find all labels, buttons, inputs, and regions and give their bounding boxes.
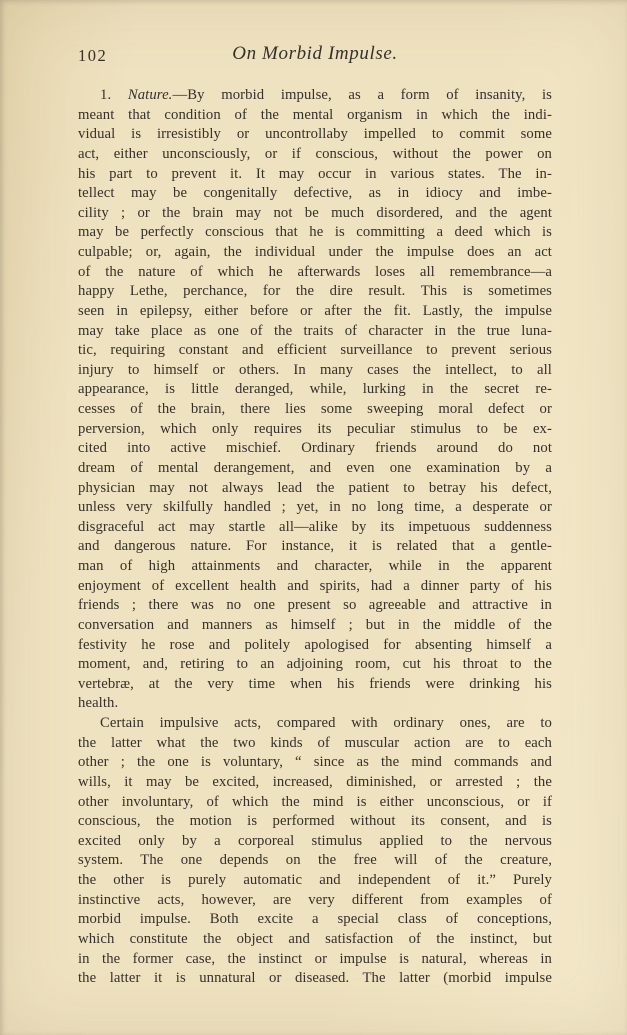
text-line: cesses of the brain, there lies some swe… <box>78 400 552 420</box>
text-run: —By morbid impulse, as a form of insanit… <box>172 87 552 103</box>
text-line: happy Lethe, perchance, for the dire res… <box>78 282 552 302</box>
text-line: enjoyment of excellent health and spirit… <box>78 577 552 597</box>
section-title-italic: Nature. <box>128 87 173 103</box>
text-line: dream of mental derangement, and even on… <box>78 459 552 479</box>
text-line: perversion, which only requires its pecu… <box>78 420 552 440</box>
text-line: appearance, is little deranged, while, l… <box>78 380 552 400</box>
text-run: 1. <box>100 87 128 103</box>
text-line: system. The one depends on the free will… <box>78 851 552 871</box>
paragraph: 1. Nature.—By morbid impulse, as a form … <box>78 86 552 714</box>
text-line: physician may not always lead the patien… <box>78 479 552 499</box>
text-line: other involuntary, of which the mind is … <box>78 793 552 813</box>
text-line: culpable; or, again, the individual unde… <box>78 243 552 263</box>
text-line: the other is purely automatic and indepe… <box>78 871 552 891</box>
text-line: health. <box>78 694 552 714</box>
text-line: wills, it may be excited, increased, dim… <box>78 773 552 793</box>
text-line: and dangerous nature. For instance, it i… <box>78 537 552 557</box>
text-line: meant that condition of the mental organ… <box>78 106 552 126</box>
text-line: seen in epilepsy, either before or after… <box>78 302 552 322</box>
text-line: conscious, the motion is performed witho… <box>78 812 552 832</box>
text-line: friends ; there was no one present so ag… <box>78 596 552 616</box>
text-line: injury to himself or others. In many cas… <box>78 361 552 381</box>
text-line: his part to prevent it. It may occur in … <box>78 165 552 185</box>
paragraph: Certain impulsive acts, compared with or… <box>78 714 552 989</box>
text-line: the latter it is unnatural or diseased. … <box>78 969 552 989</box>
text-line: in the former case, the instinct or impu… <box>78 950 552 970</box>
running-header: On Morbid Impulse. <box>78 43 552 65</box>
text-line: vertebræ, at the very time when his frie… <box>78 675 552 695</box>
text-line: cility ; or the brain may not be much di… <box>78 204 552 224</box>
text-line: unless very skilfully handled ; yet, in … <box>78 498 552 518</box>
text-line: festivity he rose and politely apologise… <box>78 636 552 656</box>
text-line: may take place as one of the traits of c… <box>78 322 552 342</box>
text-line: man of high attainments and character, w… <box>78 557 552 577</box>
text-line: 1. Nature.—By morbid impulse, as a form … <box>78 86 552 106</box>
text-line: act, either unconsciously, or if conscio… <box>78 145 552 165</box>
page-number: 102 <box>78 46 107 66</box>
text-line: moment, and, retiring to an adjoining ro… <box>78 655 552 675</box>
text-line: morbid impulse. Both excite a special cl… <box>78 910 552 930</box>
text-line: disgraceful act may startle all—alike by… <box>78 518 552 538</box>
book-page: 102 On Morbid Impulse. 1. Nature.—By mor… <box>0 0 627 1035</box>
body-text: 1. Nature.—By morbid impulse, as a form … <box>78 86 552 989</box>
text-line: which constitute the object and satisfac… <box>78 930 552 950</box>
page-header: 102 On Morbid Impulse. <box>78 43 552 69</box>
text-line: vidual is irresistibly or uncontrollaby … <box>78 125 552 145</box>
text-line: may be perfectly conscious that he is co… <box>78 223 552 243</box>
text-line: tic, requiring constant and efficient su… <box>78 341 552 361</box>
text-line: other ; the one is voluntary, “ since as… <box>78 753 552 773</box>
text-line: Certain impulsive acts, compared with or… <box>78 714 552 734</box>
text-line: excited only by a corporeal stimulus app… <box>78 832 552 852</box>
text-line: cited into active mischief. Ordinary fri… <box>78 439 552 459</box>
text-line: instinctive acts, however, are very diff… <box>78 891 552 911</box>
text-line: of the nature of which he afterwards los… <box>78 263 552 283</box>
text-line: conversation and manners as himself ; bu… <box>78 616 552 636</box>
text-line: the latter what the two kinds of muscula… <box>78 734 552 754</box>
text-line: tellect may be congenitally defective, a… <box>78 184 552 204</box>
